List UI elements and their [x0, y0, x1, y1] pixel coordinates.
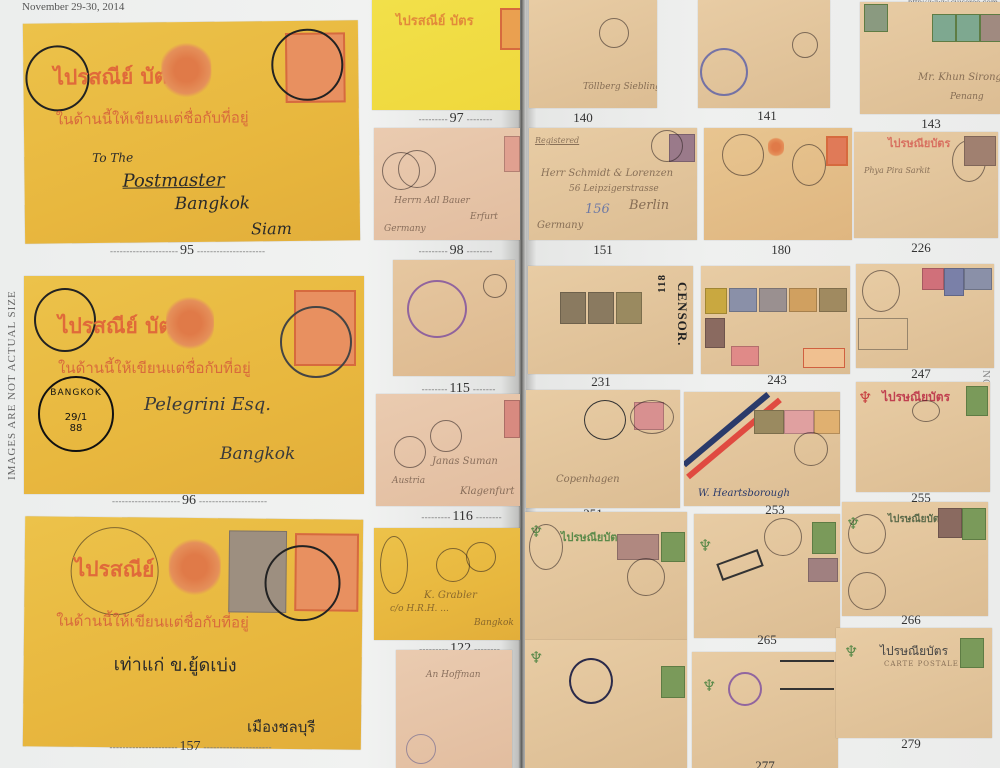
postmark-icon: [398, 150, 436, 188]
stamp: [922, 268, 944, 290]
side-note-left: IMAGES ARE NOT ACTUAL SIZE: [6, 290, 18, 480]
stamp: [956, 14, 980, 42]
postcard-lot-157[interactable]: ไปรสณีย์ ในด้านนี้ให้เขียนแต่ชื่อกับที่อ…: [23, 516, 363, 750]
stamp: [964, 268, 992, 290]
address-line: K. Grabler: [424, 590, 477, 601]
cover-lot-151[interactable]: Registered Herr Schmidt & Lorenzen 56 Le…: [529, 128, 697, 240]
royal-crest-icon: [166, 294, 214, 352]
postmark-icon: [407, 280, 467, 338]
postmark-date: 29/1: [40, 412, 112, 423]
postmark-icon: [912, 400, 940, 422]
stamp: [814, 410, 840, 434]
address-line: เมืองชลบุรี: [247, 715, 316, 740]
stamp: [754, 410, 784, 434]
stamp: [504, 400, 520, 438]
stamp: [966, 386, 988, 416]
registration-label: [803, 348, 845, 368]
stamp: [729, 288, 757, 312]
card-title: ไปรษณียบัตร: [880, 642, 948, 661]
cover-lot-247[interactable]: [856, 264, 994, 368]
stamp: [864, 4, 888, 32]
address-line: To The: [92, 151, 133, 165]
lot-number-157: - - - - - - - - - - - - - - - - - - - - …: [70, 738, 310, 755]
postcard-lot-unlabeled[interactable]: An Hoffman: [396, 650, 512, 768]
card-title: ไปรษณียบัตร: [888, 512, 945, 527]
rectangular-cancel: [780, 660, 834, 690]
bangkok-postmark: BANGKOK 29/1 88: [38, 376, 114, 452]
address-line: Herrn Adl Bauer: [394, 196, 470, 206]
rectangular-cancel: [716, 549, 764, 581]
postmark-icon: [264, 545, 341, 622]
lot-number-95: - - - - - - - - - - - - - - - - - - - - …: [72, 242, 302, 259]
card-title: ไปรษณียบัตร: [888, 134, 950, 152]
postmark-icon: [848, 514, 886, 554]
royal-crest-icon: [768, 136, 784, 158]
cover-lot-253[interactable]: W. Heartsborough: [684, 392, 840, 506]
lot-number-180: 180: [766, 242, 796, 258]
cover-lot-277[interactable]: ♆: [525, 640, 687, 768]
stamp: [812, 522, 836, 554]
cover-lot-140[interactable]: Töllberg Siebling: [529, 0, 657, 108]
postcard-lot-279[interactable]: ♆ ไปรษณียบัตร CARTE POSTALE: [836, 628, 992, 738]
address-line: Germany: [537, 220, 583, 231]
postmark-icon: [569, 658, 613, 704]
postmark-icon: [380, 536, 408, 594]
stamp: [500, 8, 520, 50]
stamp: [808, 558, 838, 582]
royal-crest-icon: [161, 40, 212, 101]
stamp: [784, 410, 814, 434]
handwriting: Mr. Khun Sirong: [918, 72, 1000, 83]
note-number: 156: [585, 202, 610, 217]
lot-number-247: 247: [906, 366, 936, 382]
garuda-icon: ♆: [698, 536, 712, 556]
address-line: Herr Schmidt & Lorenzen: [541, 168, 673, 179]
postmark-icon: [436, 548, 470, 582]
lot-number-277: 277: [750, 758, 780, 768]
postmark-year: 88: [40, 423, 112, 434]
lot-number-151: 151: [588, 242, 618, 258]
stamp: [944, 268, 964, 296]
postmark-icon: [792, 144, 826, 186]
postmark-icon: [627, 558, 665, 596]
postmark-icon: [406, 734, 436, 764]
postmark-icon: [651, 130, 683, 162]
cover-lot-226[interactable]: ไปรษณียบัตร Phya Pira Sarkit: [854, 132, 998, 238]
postmark-icon: [430, 420, 462, 452]
stamp: [616, 292, 642, 324]
lot-number-140: 140: [568, 110, 598, 126]
postmark-icon: [466, 542, 496, 572]
postmark-city: BANGKOK: [40, 388, 112, 398]
lot-number-231: 231: [586, 374, 616, 390]
garuda-icon: ♆: [529, 648, 543, 668]
cover-lot-251[interactable]: Copenhagen: [526, 390, 680, 508]
postcard-lot-97[interactable]: ไปรสณีย์ บัตร: [372, 0, 520, 110]
stamp: [960, 638, 984, 668]
address-line: Bangkok: [220, 444, 295, 464]
card-title: ไปรสณีย์ บัตร: [396, 10, 474, 31]
lot-number-243: 243: [762, 372, 792, 388]
cover-lot-266[interactable]: ♆ ไปรษณียบัตร: [842, 502, 988, 616]
postmark-icon: [862, 270, 900, 312]
postcard-lot-98[interactable]: Herrn Adl Bauer Erfurt Germany: [374, 128, 520, 240]
lot-number-266: 266: [896, 612, 926, 628]
registration-box: [858, 318, 908, 350]
postmark-icon: [271, 28, 344, 101]
address-line: เท่าแก่ ข.ยู้ดเบ่ง: [114, 649, 237, 679]
royal-crest-icon: [168, 536, 221, 599]
stamp: [826, 136, 848, 166]
handwriting: W. Heartsborough: [698, 488, 790, 499]
cover-lot-141[interactable]: [698, 0, 830, 108]
stamp: [962, 508, 986, 540]
postmark-icon: [584, 400, 626, 440]
postmark-icon: [700, 48, 748, 96]
address-line: Germany: [384, 224, 426, 234]
card-title: ไปรษณียบัตร: [561, 528, 623, 546]
stamp: [789, 288, 817, 312]
lot-number-265: 265: [752, 632, 782, 648]
card-subtitle: CARTE POSTALE: [884, 660, 959, 668]
address-line: Siam: [251, 219, 292, 238]
address-line: Pelegrini Esq.: [144, 394, 271, 415]
catalog-date: November 29-30, 2014: [22, 1, 124, 13]
stamp: [705, 288, 727, 314]
stamp: [932, 14, 956, 42]
garuda-icon: ♆: [844, 642, 858, 662]
postmark-icon: [722, 134, 764, 176]
address-line: Bangkok: [474, 618, 514, 628]
postcard-lot-116[interactable]: Janas Suman Austria Klagenfurt: [376, 394, 520, 506]
postcard-lot-115[interactable]: [393, 260, 515, 376]
stamp: [964, 136, 996, 166]
address-line: Austria: [392, 476, 425, 486]
cover-lot-278[interactable]: ♆: [692, 652, 838, 768]
stamp: [588, 292, 614, 324]
postcard-lot-122[interactable]: K. Grabler c/o H.R.H. ... Bangkok: [374, 528, 520, 640]
stamp: [560, 292, 586, 324]
stamp: [617, 534, 659, 560]
address-line: Klagenfurt: [460, 486, 514, 497]
handwriting: An Hoffman: [426, 670, 481, 680]
cover-lot-264[interactable]: ♆ ไปรษณียบัตร: [525, 512, 687, 640]
lot-number-143: 143: [916, 116, 946, 132]
postcard-lot-95[interactable]: ไปรสณีย์ บัตร ในด้านนี้ให้เขียนแต่ชื่อกั…: [23, 20, 360, 243]
handwriting: Phya Pira Sarkit: [864, 166, 930, 175]
stamp: [661, 532, 685, 562]
postmark-icon: [792, 32, 818, 58]
cover-lot-180[interactable]: [704, 128, 852, 240]
postmark-icon: [599, 18, 629, 48]
lot-number-96: - - - - - - - - - - - - - - - - - - - - …: [74, 492, 304, 509]
postmark-icon: [848, 572, 886, 610]
stamp: [980, 14, 1000, 42]
registered-label: Registered: [535, 136, 579, 145]
cover-lot-231[interactable]: 118 CENSOR.: [528, 266, 693, 374]
postcard-lot-96[interactable]: ไปรสณีย์ บัตร ในด้านนี้ให้เขียนแต่ชื่อกั…: [24, 276, 364, 494]
handwriting: Penang: [950, 92, 984, 102]
postmark-icon: [280, 306, 352, 378]
card-title: ไปรสณีย์: [74, 553, 154, 587]
lot-number-226: 226: [906, 240, 936, 256]
stamp: [731, 346, 759, 366]
cover-lot-265[interactable]: ♆: [694, 514, 840, 638]
postmark-icon: [794, 432, 828, 466]
lot-number-141: 141: [752, 108, 782, 124]
cover-lot-143[interactable]: Mr. Khun Sirong Penang: [860, 2, 1000, 114]
stamp: [938, 508, 962, 538]
address-line: Janas Suman: [432, 456, 498, 467]
stamp: [759, 288, 787, 312]
card-title: ไปรสณีย์ บัตร: [58, 310, 183, 343]
handwriting: Copenhagen: [556, 474, 620, 485]
address-line: c/o H.R.H. ...: [390, 604, 449, 614]
address-line: Postmaster: [122, 170, 224, 192]
lot-number-116: - - - - - - - - -116- - - - - - - -: [406, 508, 516, 525]
postmark-icon: [630, 400, 674, 434]
cover-lot-243[interactable]: [701, 266, 850, 374]
card-title: ไปรสณีย์ บัตร: [53, 60, 179, 94]
card-subtitle: ในด้านนี้ให้เขียนแต่ชื่อกับที่อยู่: [58, 356, 251, 380]
garuda-icon: ♆: [858, 388, 872, 408]
censor-label: CENSOR.: [674, 282, 690, 346]
postmark-icon: [483, 274, 507, 298]
card-subtitle: ในด้านนี้ให้เขียนแต่ชื่อกับที่อยู่: [56, 609, 249, 635]
lot-number-279: 279: [896, 736, 926, 752]
address-line: Bangkok: [175, 193, 251, 214]
stamp: [705, 318, 725, 348]
address-line: 56 Leipzigerstrasse: [569, 184, 659, 194]
postmark-icon: [764, 518, 802, 556]
garuda-icon: ♆: [702, 676, 716, 696]
cover-lot-255[interactable]: ♆ ไปรษณียบัตร: [856, 382, 990, 492]
postmark-icon: [394, 436, 426, 468]
card-subtitle: ในด้านนี้ให้เขียนแต่ชื่อกับที่อยู่: [56, 105, 249, 131]
address-line: Berlin: [629, 198, 669, 213]
handwriting: Töllberg Siebling: [583, 82, 657, 92]
stamp: [661, 666, 685, 698]
stamp: [819, 288, 847, 312]
address-line: Erfurt: [470, 212, 498, 222]
censor-number: 118: [656, 274, 668, 293]
postmark-icon: [728, 672, 762, 706]
stamp: [504, 136, 520, 172]
lot-number-98: - - - - - - - - -98- - - - - - - -: [400, 242, 510, 259]
lot-number-97: - - - - - - - - -97- - - - - - - -: [400, 110, 510, 127]
postmark-icon: [529, 524, 563, 570]
